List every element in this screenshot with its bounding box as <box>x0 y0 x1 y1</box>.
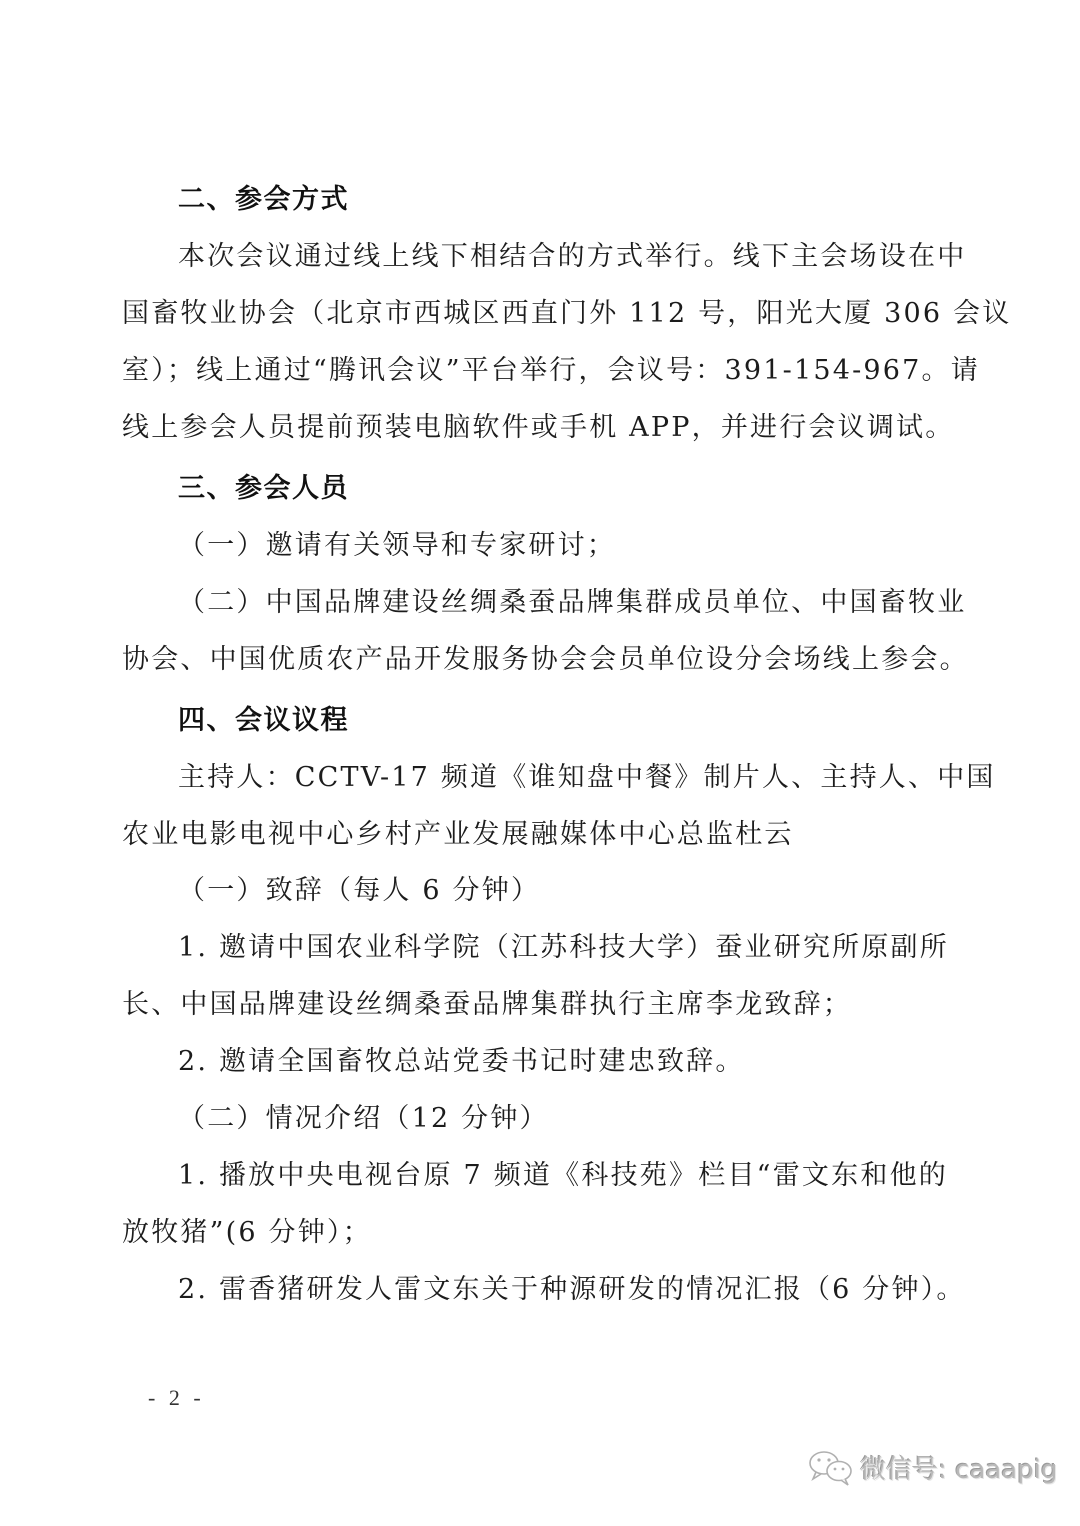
wechat-icon <box>808 1450 856 1486</box>
agenda-item-continuation: 放牧猪”(6 分钟）； <box>122 1216 372 1250</box>
list-item-continuation: 协会、中国优质农产品开发服务协会会员单位设分会场线上参会。 <box>122 643 969 677</box>
list-item: （二）中国品牌建设丝绸桑蚕品牌集群成员单位、中国畜牧业 <box>178 586 948 620</box>
agenda-item-continuation: 长、中国品牌建设丝绸桑蚕品牌集群执行主席李龙致辞； <box>122 988 852 1022</box>
agenda-item: 2. 邀请全国畜牧总站党委书记时建忠致辞。 <box>178 1045 745 1079</box>
agenda-subheading-introduction: （二）情况介绍（12 分钟） <box>178 1102 549 1136</box>
page-number: - 2 - <box>148 1385 205 1411</box>
paragraph-line: 本次会议通过线上线下相结合的方式举行。线下主会场设在中 <box>178 240 948 274</box>
list-item: （一）邀请有关领导和专家研讨； <box>178 529 616 563</box>
section-heading-participation-method: 二、参会方式 <box>178 183 349 217</box>
section-heading-participants: 三、参会人员 <box>178 472 349 506</box>
paragraph-line: 国畜牧业协会（北京市西城区西直门外 112 号，阳光大厦 306 会议 <box>122 297 948 331</box>
agenda-item: 1. 播放中央电视台原 7 频道《科技苑》栏目“雷文东和他的 <box>178 1159 948 1193</box>
paragraph-line: 室）；线上通过“腾讯会议”平台举行，会议号：391-154-967。请 <box>122 354 948 388</box>
agenda-item: 1. 邀请中国农业科学院（江苏科技大学）蚕业研究所原副所 <box>178 931 948 965</box>
section-heading-agenda: 四、会议议程 <box>178 704 349 738</box>
watermark-text: 微信号: caaapig <box>860 1449 1057 1486</box>
agenda-subheading-speeches: （一）致辞（每人 6 分钟） <box>178 874 540 908</box>
host-line: 主持人：CCTV-17 频道《谁知盘中餐》制片人、主持人、中国 <box>178 761 948 795</box>
host-line-continuation: 农业电影电视中心乡村产业发展融媒体中心总监杜云 <box>122 818 794 852</box>
wechat-watermark: 微信号: caaapig <box>808 1449 1057 1486</box>
agenda-item: 2. 雷香猪研发人雷文东关于种源研发的情况汇报（6 分钟）。 <box>178 1273 966 1307</box>
paragraph-line: 线上参会人员提前预装电脑软件或手机 APP，并进行会议调试。 <box>122 411 954 445</box>
document-page: 二、参会方式 本次会议通过线上线下相结合的方式举行。线下主会场设在中 国畜牧业协… <box>0 0 1080 1526</box>
